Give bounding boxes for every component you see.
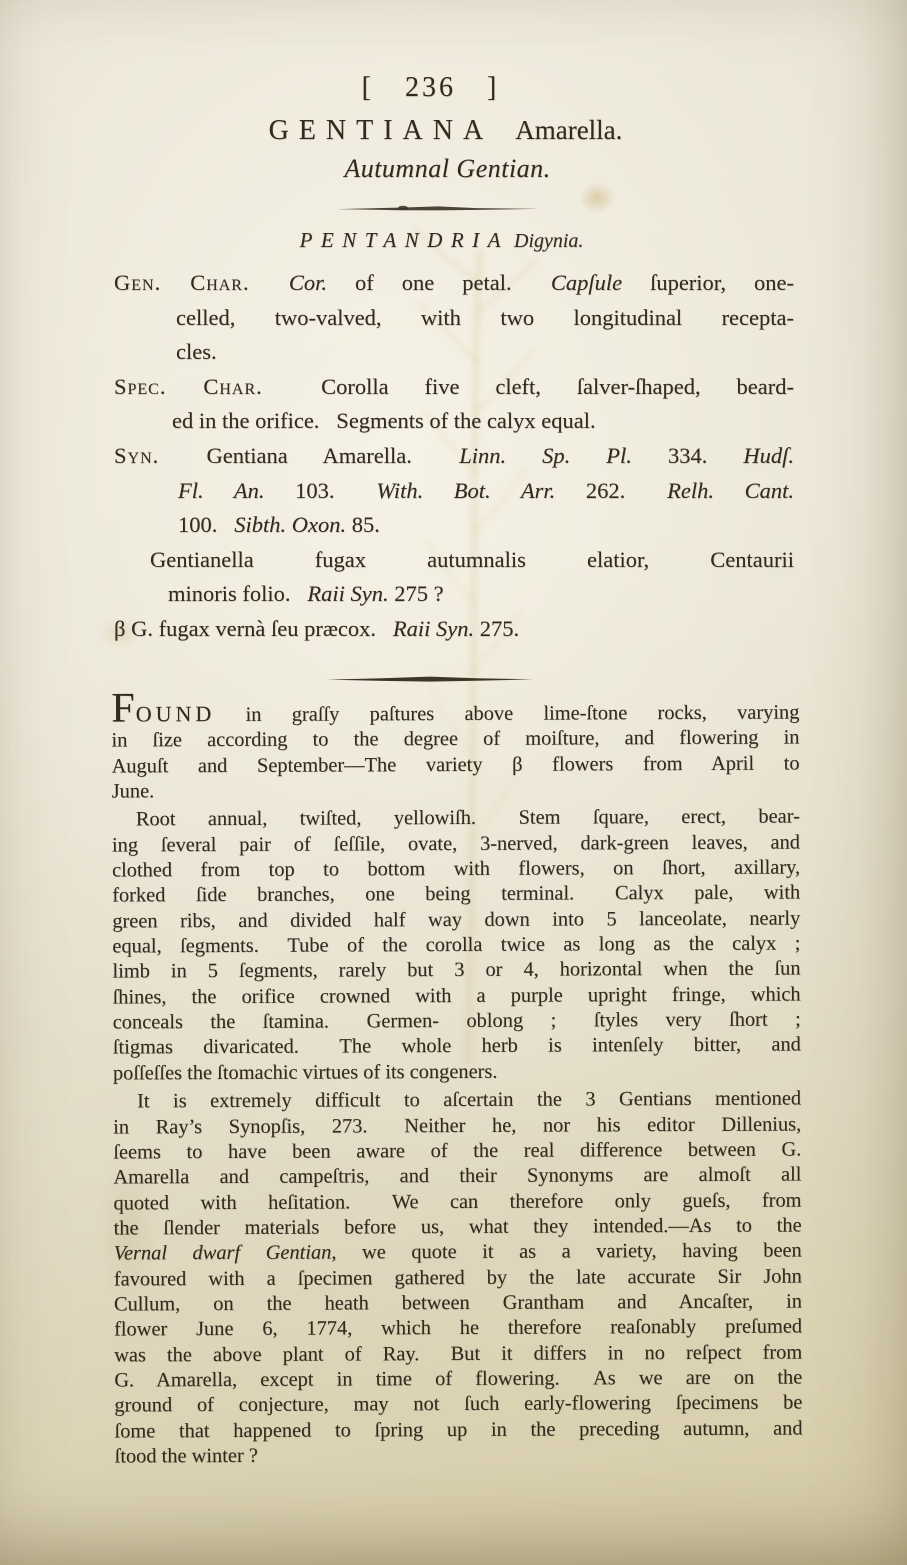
text-segment: β G. fugax vernà ſeu præcox. [114,616,393,641]
text-line: Gen. Char. Cor. of one petal. Capſule ſu… [114,266,794,301]
text-line: equal, ſegments. Tube of the corolla twi… [112,932,800,960]
text-line: Root annual, twiſted, yellowiſh. Stem ſq… [112,805,800,833]
text-segment: 262. [555,478,667,503]
genus-name: GENTIANA [269,115,494,146]
text-segment-sc: Spec. Char. [114,374,263,399]
text-segment: ſome that happened to ſpring up in the p… [114,1417,802,1442]
text-segment: of one petal. [327,270,551,295]
ornamental-rule [337,205,539,213]
text-segment: green ribs, and divided half way down in… [112,907,800,932]
text-line: favoured with a ſpecimen gathered by the… [114,1264,802,1292]
common-name: Autumnal Gentian. [0,154,907,184]
text-line: limb in 5 ſegments, rarely but 3 or 4, h… [112,957,800,985]
linnaean-class: PENTANDRIA [300,228,509,252]
text-line: 100. Sibth. Oxon. 85. [114,508,794,543]
text-line: Vernal dwarf Gentian, we quote it as a v… [114,1239,802,1267]
text-line: flower June 6, 1774, which he therefore … [114,1315,802,1343]
text-segment: was the above plant of Ray. But it diffe… [114,1341,802,1366]
text-segment-i: With. Bot. Arr. [376,478,555,503]
text-segment: in Ray’s Synopſis, 273. Neither he, nor … [113,1113,801,1138]
text-segment-caps: OUND [136,701,216,726]
text-segment: ed in the orifice. Segments of the calyx… [172,408,596,433]
upper-text-block: Gen. Char. Cor. of one petal. Capſule ſu… [114,266,794,647]
text-segment: Gentianella fugax autumnalis elatior, Ce… [150,547,794,572]
text-segment-bigf: F [111,685,136,731]
linnaean-order: Digynia. [514,230,583,252]
text-line: G. Amarella, except in time of flowering… [114,1365,802,1393]
text-line: Fl. An. 103. With. Bot. Arr. 262. Relh. … [114,474,794,509]
text-segment: minoris folio. [168,581,307,606]
lower-text-block: FOUND in graſſy paſtures above lime-ſton… [111,699,802,1470]
text-line: It is extremely difficult to aſcertain t… [113,1087,801,1115]
text-segment: in graſſy paſtures above lime-ſtone rock… [215,702,799,727]
text-line: Syn. Gentiana Amarella. Linn. Sp. Pl. 33… [114,439,794,474]
text-segment: favoured with a ſpecimen gathered by the… [114,1265,802,1290]
text-line: forked ſide branches, one being terminal… [112,881,800,909]
text-segment: Cullum, on the heath between Grantham an… [114,1290,802,1315]
text-segment-sc: Gen. Char. [114,270,250,295]
page-number: [ 236 ] [0,72,907,104]
text-segment: Auguſt and September—The variety β flowe… [112,752,800,777]
text-line: FOUND in graſſy paſtures above lime-ſton… [111,699,799,729]
paragraph: It is extremely difficult to aſcertain t… [113,1087,803,1470]
text-segment: poſſeſſes the ſtomachic virtues of its c… [113,1061,498,1085]
text-segment: flower June 6, 1774, which he therefore … [114,1316,802,1341]
text-line: ſome that happened to ſpring up in the p… [114,1416,802,1444]
text-line: the ſlender materials before us, what th… [114,1213,802,1241]
text-line: Amarella and campeſtris, and their Synon… [113,1163,801,1191]
text-line: minoris folio. Raii Syn. 275 ? [114,577,794,612]
text-segment: ſeems to have been aware of the real dif… [113,1138,801,1163]
text-line: ground of conjecture, may not ſuch early… [114,1391,802,1419]
text-segment-i: Vernal dwarf Gentian [114,1242,332,1265]
text-line: in ſize according to the degree of moiſt… [111,726,799,754]
text-segment: ground of conjecture, may not ſuch early… [114,1392,802,1417]
text-segment: Gentiana Amarella. [159,443,459,468]
text-segment: 100. [178,512,234,537]
text-line: cles. [114,335,794,370]
text-segment: the ſlender materials before us, what th… [114,1214,802,1239]
text-segment-i: Linn. Sp. Pl. [459,443,632,468]
text-segment: ing ſeveral pair of ſeſſile, ovate, 3-ne… [112,831,800,856]
text-segment-i: Cor. [289,270,327,295]
text-segment: ſhines, the orifice crowned with a purpl… [113,983,801,1008]
text-line: ſeems to have been aware of the real dif… [113,1137,801,1165]
text-segment: Root annual, twiſted, yellowiſh. Stem ſq… [136,806,800,831]
page-title: GENTIANAAmarella. [0,115,907,147]
text-segment: Amarella and campeſtris, and their Synon… [113,1164,801,1189]
classification: PENTANDRIADigynia. [0,228,907,253]
text-line: in Ray’s Synopſis, 273. Neither he, nor … [113,1112,801,1140]
text-line: Gentianella fugax autumnalis elatior, Ce… [114,543,794,578]
text-line: ing ſeveral pair of ſeſſile, ovate, 3-ne… [112,830,800,858]
text-segment: It is extremely difficult to aſcertain t… [137,1088,801,1113]
text-segment: 103. [264,478,376,503]
text-line: conceals the ſtamina. Germen- oblong ; ſ… [113,1008,801,1036]
book-page: [ 236 ] GENTIANAAmarella. Autumnal Genti… [0,0,907,1565]
text-segment: equal, ſegments. Tube of the corolla twi… [112,933,800,958]
text-segment: ſtigmas divaricated. The whole herb is i… [113,1034,801,1059]
text-line: green ribs, and divided half way down in… [112,906,800,934]
text-segment: G. Amarella, except in time of flowering… [114,1366,802,1391]
text-segment: ſuperior, one- [622,270,794,295]
text-line: clothed from top to bottom with flowers,… [112,856,800,884]
text-segment: June. [112,780,155,802]
text-line: celled, two-valved, with two longitudina… [114,301,794,336]
paragraph: Root annual, twiſted, yellowiſh. Stem ſq… [112,805,801,1087]
text-segment: 334. [632,443,743,468]
text-segment-i: Fl. An. [178,478,264,503]
text-segment: 275 ? [389,581,444,606]
species-name: Amarella. [515,115,622,145]
text-line: poſſeſſes the ſtomachic virtues of its c… [113,1058,801,1086]
ornamental-rule [327,675,533,684]
paragraph: FOUND in graſſy paſtures above lime-ſton… [111,699,799,805]
text-segment-i: Relh. Cant. [667,478,794,503]
text-line: β G. fugax vernà ſeu præcox. Raii Syn. 2… [114,612,794,647]
text-line: ed in the orifice. Segments of the calyx… [114,404,794,439]
text-segment-i: Raii Syn. [307,581,388,606]
text-line: Auguſt and September—The variety β flowe… [112,751,800,779]
text-segment: Corolla five cleft, ſalver-ſhaped, beard… [263,374,794,399]
text-line: quoted with heſitation. We can therefore… [113,1188,801,1216]
text-segment: in ſize according to the degree of moiſt… [111,727,799,752]
text-segment-i: Raii Syn. [393,616,474,641]
text-segment: limb in 5 ſegments, rarely but 3 or 4, h… [112,958,800,983]
text-segment: conceals the ſtamina. Germen- oblong ; ſ… [113,1009,801,1034]
text-segment: forked ſide branches, one being terminal… [112,882,800,907]
text-line: ſtigmas divaricated. The whole herb is i… [113,1033,801,1061]
text-segment: 275. [474,616,519,641]
text-segment: celled, two-valved, with two longitudina… [176,305,794,330]
text-segment-sc: Syn. [114,443,159,468]
text-line: was the above plant of Ray. But it diffe… [114,1340,802,1368]
text-segment-i: Sibth. Oxon. [234,512,346,537]
text-segment: 85. [346,512,380,537]
text-line: ſtood the winter ? [115,1441,803,1469]
text-segment: ſtood the winter ? [115,1445,258,1468]
text-segment: , we quote it as a variety, having been [331,1240,801,1264]
text-segment: cles. [176,339,217,364]
text-segment: clothed from top to bottom with flowers,… [112,857,800,882]
text-segment-i: Capſule [551,270,622,295]
text-line: ſhines, the orifice crowned with a purpl… [113,982,801,1010]
text-segment [250,270,289,295]
text-line: June. [112,777,800,805]
text-segment-i: Hudſ. [743,443,794,468]
text-line: Spec. Char. Corolla five cleft, ſalver-ſ… [114,370,794,405]
text-line: Cullum, on the heath between Grantham an… [114,1289,802,1317]
text-segment: quoted with heſitation. We can therefore… [113,1189,801,1214]
